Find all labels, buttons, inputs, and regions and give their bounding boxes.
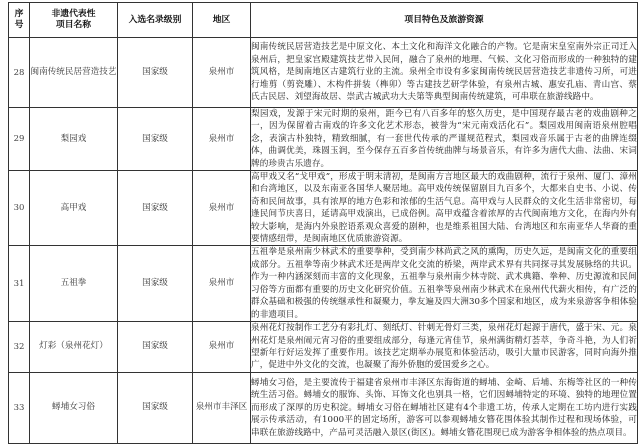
project-name: 高甲戏 <box>30 171 118 246</box>
region: 泉州市 <box>193 246 251 321</box>
region: 泉州市丰泽区 <box>193 372 251 443</box>
region: 泉州市 <box>193 108 251 171</box>
project-name: 梨园戏 <box>30 108 118 171</box>
heritage-table: 序号 非遗代表性项目名称 入选名录级别 地区 项目特色及旅游资源 28 闽南传统… <box>8 2 638 444</box>
header-level: 入选名录级别 <box>118 3 193 38</box>
project-description: 泉州花灯按制作工艺分有彩扎灯、刻纸灯、针刺无骨灯三类，泉州花灯起源于唐代，盛于宋… <box>251 321 638 372</box>
table-row: 31 五祖拳 国家级 泉州市 五祖拳是泉州南少林武术的重要拳种，受到南少林尚武之… <box>9 246 638 321</box>
table-row: 29 梨园戏 国家级 泉州市 梨园戏，发源于宋元时期的泉州，距今已有八百多年的悠… <box>9 108 638 171</box>
header-no: 序号 <box>9 3 30 38</box>
table-row: 28 闽南传统民居营造技艺 国家级 泉州市 闽南传统民居营造技艺是中原文化、本土… <box>9 38 638 108</box>
project-name: 闽南传统民居营造技艺 <box>30 38 118 108</box>
table-row: 30 高甲戏 国家级 泉州市 高甲戏又名“戈甲戏”，形成于明末清初，是闽南方言地… <box>9 171 638 246</box>
table-row: 33 蟳埔女习俗 国家级 泉州市丰泽区 蟳埔女习俗，是主要流传于福建省泉州市丰泽… <box>9 372 638 443</box>
project-description: 闽南传统民居营造技艺是中原文化、本土文化和海洋文化融合的产物。它是南宋皇室南外宗… <box>251 38 638 108</box>
header-description: 项目特色及旅游资源 <box>251 3 638 38</box>
header-row: 序号 非遗代表性项目名称 入选名录级别 地区 项目特色及旅游资源 <box>9 3 638 38</box>
list-level: 国家级 <box>118 108 193 171</box>
row-number: 28 <box>9 38 30 108</box>
project-name: 五祖拳 <box>30 246 118 321</box>
region: 泉州市 <box>193 171 251 246</box>
project-description: 高甲戏又名“戈甲戏”，形成于明末清初，是闽南方言地区最大的戏曲剧种，流行于泉州、… <box>251 171 638 246</box>
list-level: 国家级 <box>118 38 193 108</box>
region: 泉州市 <box>193 321 251 372</box>
table-row: 32 灯彩（泉州花灯） 国家级 泉州市 泉州花灯按制作工艺分有彩扎灯、刻纸灯、针… <box>9 321 638 372</box>
list-level: 国家级 <box>118 321 193 372</box>
region: 泉州市 <box>193 38 251 108</box>
row-number: 30 <box>9 171 30 246</box>
list-level: 国家级 <box>118 246 193 321</box>
row-number: 31 <box>9 246 30 321</box>
row-number: 29 <box>9 108 30 171</box>
project-name: 灯彩（泉州花灯） <box>30 321 118 372</box>
row-number: 33 <box>9 372 30 443</box>
header-region: 地区 <box>193 3 251 38</box>
project-name: 蟳埔女习俗 <box>30 372 118 443</box>
project-description: 五祖拳是泉州南少林武术的重要拳种，受到南少林尚武之风的熏陶，历史久远，是闽南文化… <box>251 246 638 321</box>
list-level: 国家级 <box>118 372 193 443</box>
project-description: 蟳埔女习俗，是主要流传于福建省泉州市丰泽区东海街道的蟳埔、金崎、后埔、东梅等社区… <box>251 372 638 443</box>
row-number: 32 <box>9 321 30 372</box>
project-description: 梨园戏，发源于宋元时期的泉州，距今已有八百多年的悠久历史，是中国现存最古老的戏曲… <box>251 108 638 171</box>
header-name: 非遗代表性项目名称 <box>30 3 118 38</box>
list-level: 国家级 <box>118 171 193 246</box>
